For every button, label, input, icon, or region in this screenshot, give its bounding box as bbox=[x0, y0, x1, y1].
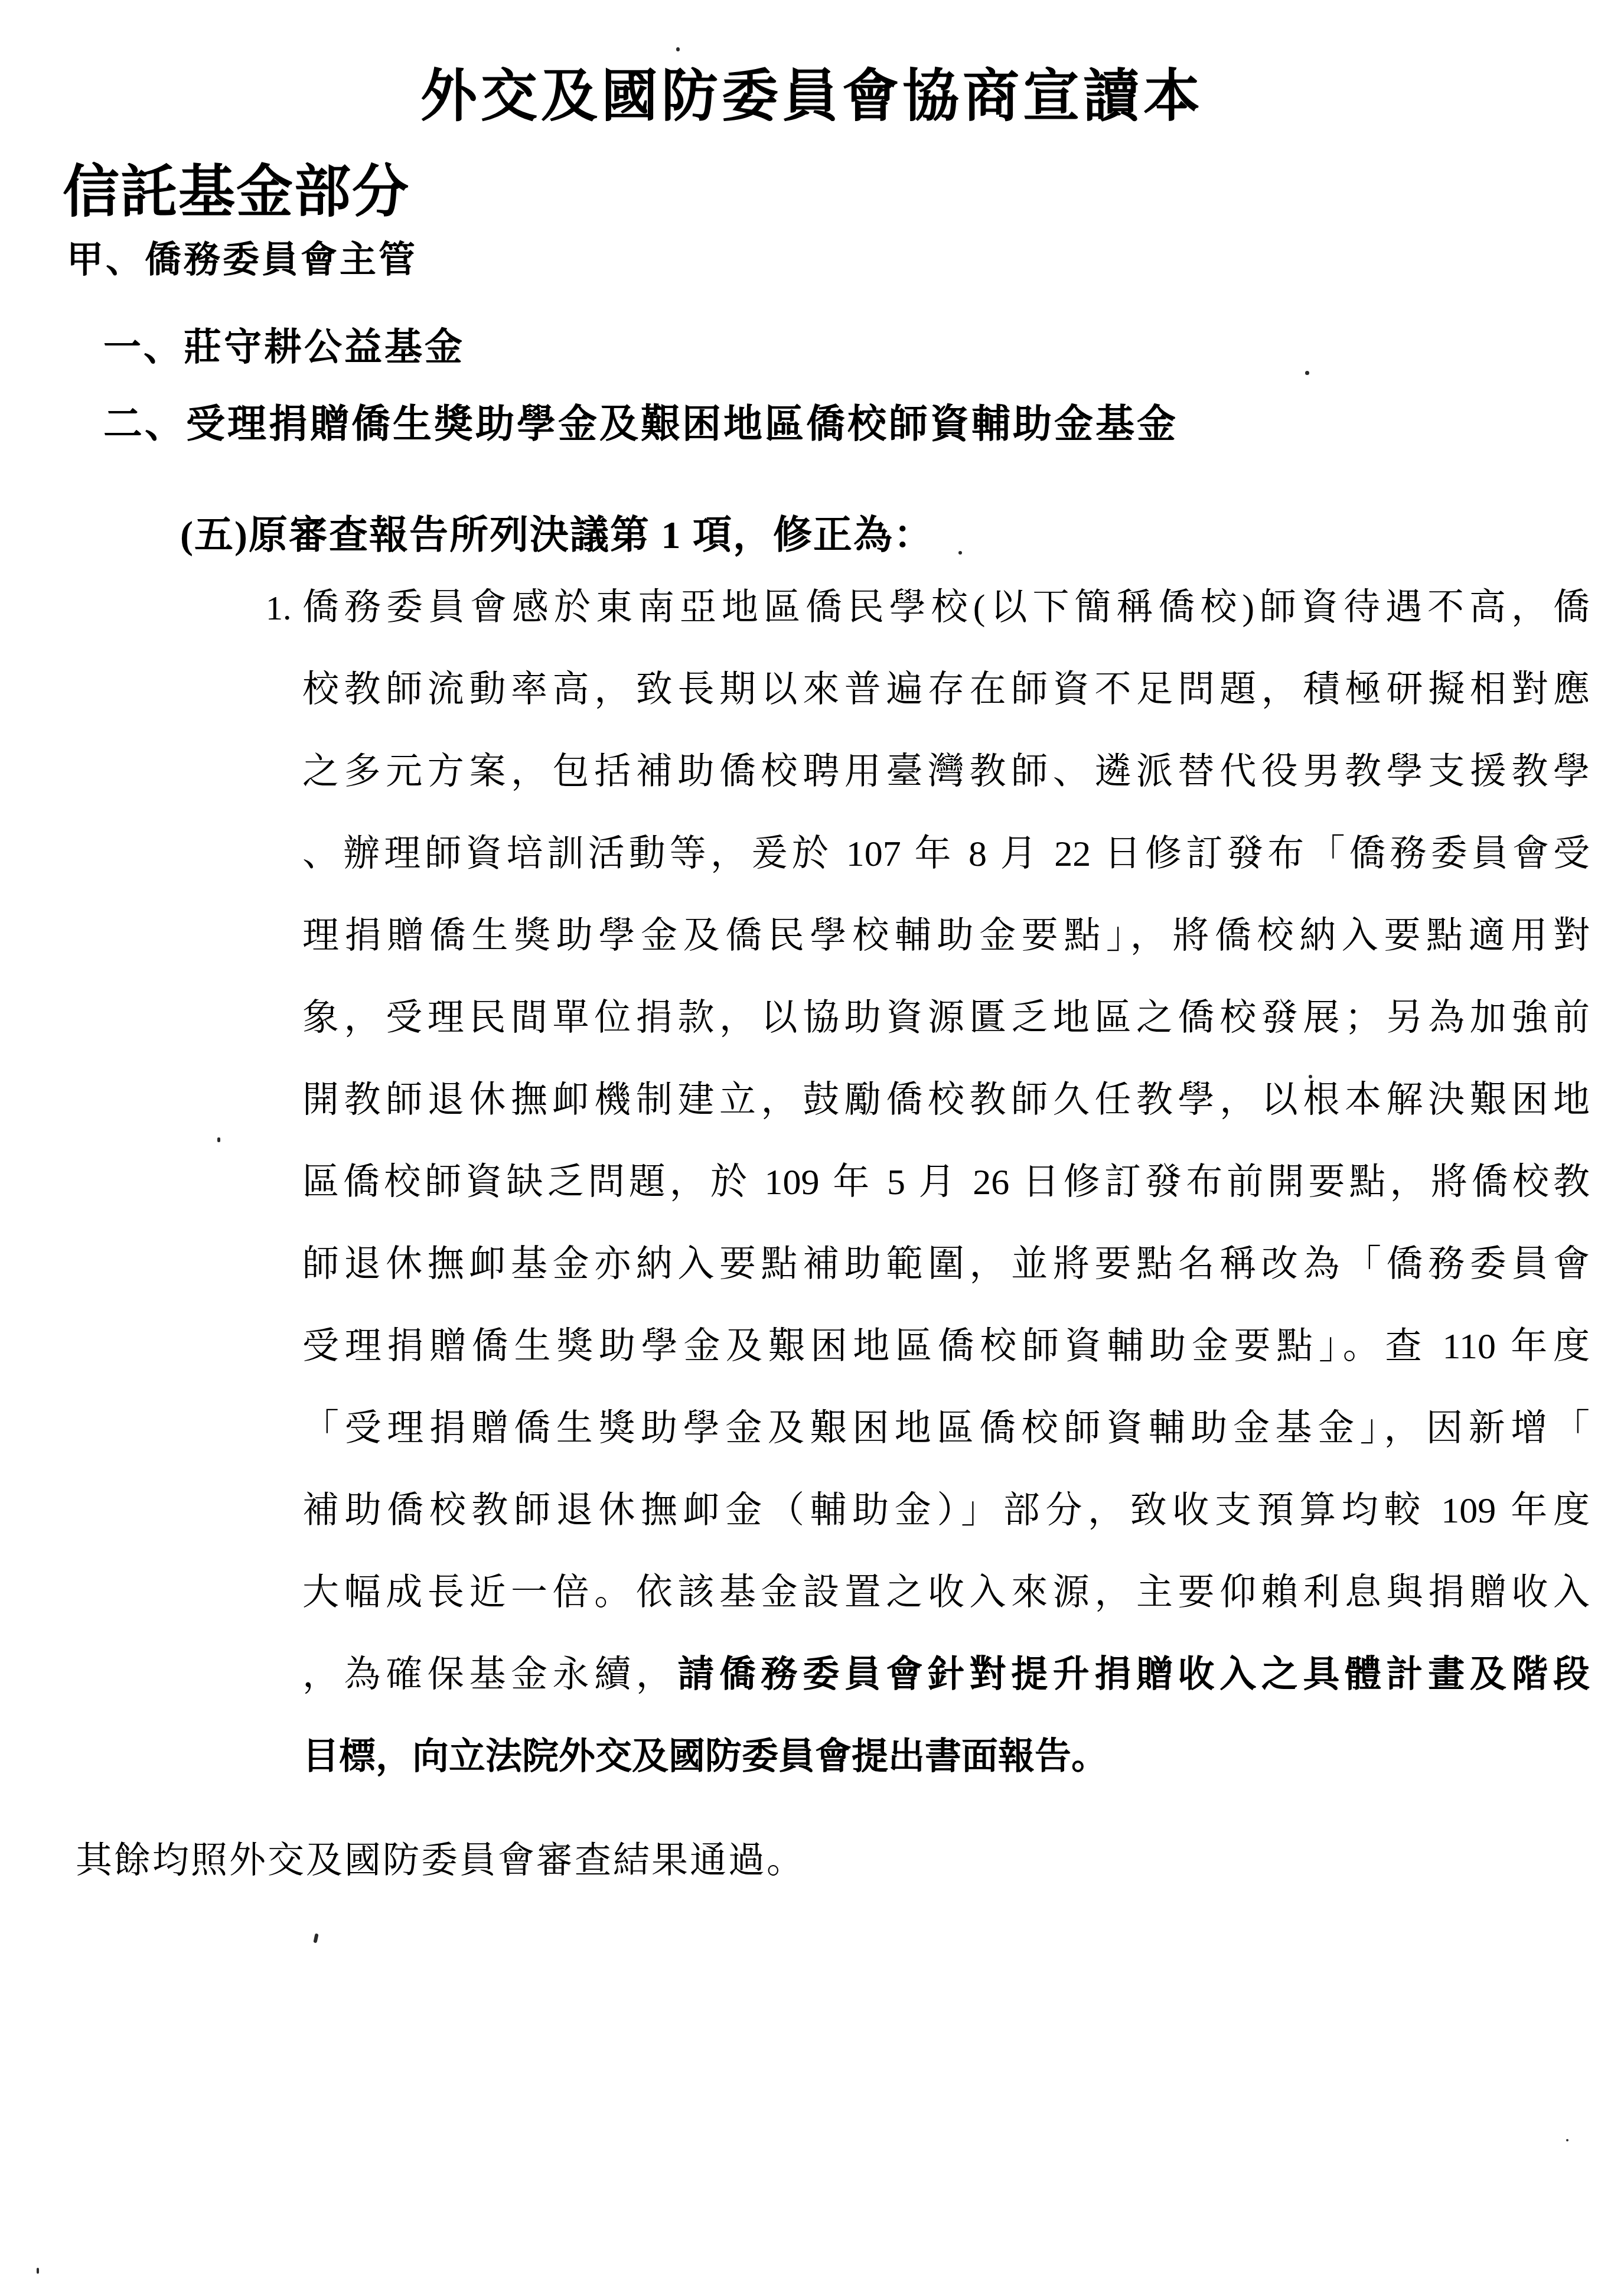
paragraph-line: 開教師退休撫卹機制建立，鼓勵僑校教師久任教學，以根本解決艱困地 bbox=[302, 1059, 1590, 1142]
line-text: 之多元方案，包括補助僑校聘用臺灣教師、遴派替代役男教學支援教學 bbox=[302, 752, 1590, 792]
page-title: 外交及國防委員會協商宣讀本 bbox=[0, 51, 1624, 132]
paragraph-line: 僑務委員會感於東南亞地區僑民學校(以下簡稱僑校)師資待遇不高，僑 bbox=[302, 567, 1590, 649]
scan-speck bbox=[217, 1137, 220, 1142]
paragraph-line: 之多元方案，包括補助僑校聘用臺灣教師、遴派替代役男教學支援教學 bbox=[302, 731, 1590, 813]
resolution-number: 1. bbox=[266, 567, 292, 649]
document-page: 外交及國防委員會協商宣讀本 信託基金部分 甲、僑務委員會主管 一、莊守耕公益基金… bbox=[0, 0, 1624, 2279]
scan-speck bbox=[37, 2268, 39, 2274]
paragraph-line: 理捐贈僑生獎助學金及僑民學校輔助金要點」，將僑校納入要點適用對 bbox=[302, 895, 1590, 977]
line-text: ，為確保基金永續， bbox=[302, 1655, 677, 1695]
closing-statement: 其餘均照外交及國防委員會審查結果通過。 bbox=[76, 1831, 805, 1883]
paragraph-line: 區僑校師資缺乏問題，於 109 年 5 月 26 日修訂發布前開要點，將僑校教 bbox=[302, 1142, 1590, 1224]
line-text: 校教師流動率高，致長期以來普遍存在師資不足問題，積極研擬相對應 bbox=[302, 670, 1590, 710]
line-text: 僑務委員會感於東南亞地區僑民學校(以下簡稱僑校)師資待遇不高，僑 bbox=[302, 588, 1590, 628]
line-text: 大幅成長近一倍。依該基金設置之收入來源，主要仰賴利息與捐贈收入 bbox=[302, 1573, 1590, 1613]
line-text: 區僑校師資缺乏問題，於 109 年 5 月 26 日修訂發布前開要點，將僑校教 bbox=[302, 1162, 1590, 1202]
line-text: 、辦理師資培訓活動等，爰於 107 年 8 月 22 日修訂發布「僑務委員會受 bbox=[302, 834, 1590, 874]
fund-item-1: 一、莊守耕公益基金 bbox=[103, 317, 465, 371]
paragraph-line: 補助僑校教師退休撫卹金（輔助金）」部分，致收支預算均較 109 年度 bbox=[302, 1470, 1590, 1552]
fund-item-2: 二、受理捐贈僑生獎助學金及艱困地區僑校師資輔助金基金 bbox=[103, 392, 1178, 448]
section-heading-trust-funds: 信託基金部分 bbox=[63, 146, 410, 227]
line-text: 理捐贈僑生獎助學金及僑民學校輔助金要點」，將僑校納入要點適用對 bbox=[302, 916, 1590, 956]
line-text-bold: 請僑務委員會針對提升捐贈收入之具體計畫及階段 bbox=[677, 1655, 1590, 1695]
scan-speck bbox=[1305, 371, 1309, 375]
paragraph-line: 、辦理師資培訓活動等，爰於 107 年 8 月 22 日修訂發布「僑務委員會受 bbox=[302, 813, 1590, 895]
line-text: 受理捐贈僑生獎助學金及艱困地區僑校師資輔助金要點」。查 110 年度 bbox=[302, 1326, 1590, 1367]
paragraph-line: 目標，向立法院外交及國防委員會提出書面報告。 bbox=[302, 1716, 1590, 1798]
line-text-bold: 目標，向立法院外交及國防委員會提出書面報告。 bbox=[302, 1737, 1108, 1777]
scan-speck bbox=[1309, 1075, 1312, 1078]
paragraph-line: 校教師流動率高，致長期以來普遍存在師資不足問題，積極研擬相對應 bbox=[302, 649, 1590, 731]
resolution-paragraph: 1. 僑務委員會感於東南亞地區僑民學校(以下簡稱僑校)師資待遇不高，僑 校教師流… bbox=[302, 567, 1590, 1798]
clause-heading: (五)原審查報告所列決議第 1 項，修正為： bbox=[180, 503, 934, 559]
line-text: 開教師退休撫卹機制建立，鼓勵僑校教師久任教學，以根本解決艱困地 bbox=[302, 1080, 1590, 1120]
scan-speck bbox=[676, 47, 680, 51]
line-text: 「受理捐贈僑生獎助學金及艱困地區僑校師資輔助金基金」，因新增「 bbox=[302, 1409, 1590, 1449]
paragraph-line: ，為確保基金永續，請僑務委員會針對提升捐贈收入之具體計畫及階段 bbox=[302, 1634, 1590, 1716]
paragraph-line: 師退休撫卹基金亦納入要點補助範圍，並將要點名稱改為「僑務委員會 bbox=[302, 1224, 1590, 1306]
scan-speck bbox=[313, 1934, 318, 1944]
scan-speck bbox=[1566, 2139, 1568, 2141]
line-text: 象，受理民間單位捐款，以協助資源匱乏地區之僑校發展；另為加強前 bbox=[302, 998, 1590, 1038]
paragraph-line: 受理捐贈僑生獎助學金及艱困地區僑校師資輔助金要點」。查 110 年度 bbox=[302, 1306, 1590, 1388]
line-text: 補助僑校教師退休撫卹金（輔助金）」部分，致收支預算均較 109 年度 bbox=[302, 1491, 1590, 1531]
agency-heading: 甲、僑務委員會主管 bbox=[67, 230, 418, 283]
scan-speck bbox=[958, 551, 962, 555]
line-text: 師退休撫卹基金亦納入要點補助範圍，並將要點名稱改為「僑務委員會 bbox=[302, 1244, 1590, 1284]
paragraph-line: 「受理捐贈僑生獎助學金及艱困地區僑校師資輔助金基金」，因新增「 bbox=[302, 1388, 1590, 1470]
paragraph-line: 象，受理民間單位捐款，以協助資源匱乏地區之僑校發展；另為加強前 bbox=[302, 977, 1590, 1059]
paragraph-line: 大幅成長近一倍。依該基金設置之收入來源，主要仰賴利息與捐贈收入 bbox=[302, 1552, 1590, 1634]
